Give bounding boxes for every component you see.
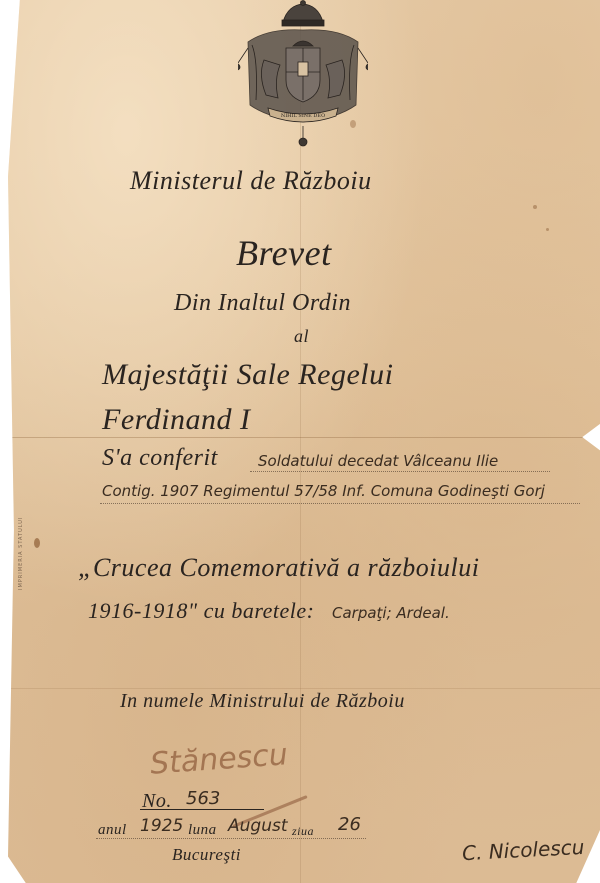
recipient-line-2: Contig. 1907 Regimentul 57/58 Inf. Comun…	[102, 482, 545, 500]
place: Bucureşti	[172, 845, 241, 865]
date-year-prefix: anul	[98, 822, 127, 839]
document-title: Brevet	[236, 232, 332, 274]
decoration-line-2: 1916-1918" cu baretele:	[88, 598, 314, 624]
ink-stain	[546, 228, 549, 231]
recipient-rule-2	[100, 503, 580, 504]
date-rule	[96, 838, 366, 839]
fold-line-horizontal-lower	[8, 688, 600, 689]
number-rule	[140, 809, 264, 810]
number-value: 563	[186, 788, 220, 809]
majesty-line: Majestăţii Sale Regelui	[102, 358, 393, 392]
ministry-heading: Ministerul de Războiu	[130, 166, 372, 196]
order-line-1: Din Inaltul Ordin	[174, 290, 351, 317]
conferred-prefix: S'a conferit	[102, 445, 218, 472]
decoration-bars: Carpaţi; Ardeal.	[332, 604, 450, 622]
date-day-prefix: ziua	[292, 824, 314, 839]
ink-stain	[533, 205, 537, 209]
date-year: 1925	[140, 816, 183, 836]
ink-stain	[34, 538, 40, 548]
recipient-rule-1	[250, 471, 550, 472]
decoration-line-1: „Crucea Comemorativă a războiului	[78, 553, 479, 583]
fold-line-horizontal	[8, 437, 600, 438]
date-day: 26	[338, 814, 361, 835]
recipient-line-1: Soldatului decedat Vâlceanu Ilie	[258, 452, 498, 470]
coat-of-arms-icon: NIHIL SINE DEO	[238, 0, 368, 150]
crest-motto: NIHIL SINE DEO	[281, 113, 325, 119]
on-behalf-line: In numele Ministrului de Războiu	[120, 690, 405, 713]
date-month: August	[228, 816, 288, 836]
date-month-prefix: luna	[188, 822, 217, 839]
order-line-2: al	[294, 326, 309, 347]
printer-imprint: IMPRIMERIA STATULUI	[18, 517, 24, 590]
king-name: Ferdinand I	[102, 403, 251, 437]
